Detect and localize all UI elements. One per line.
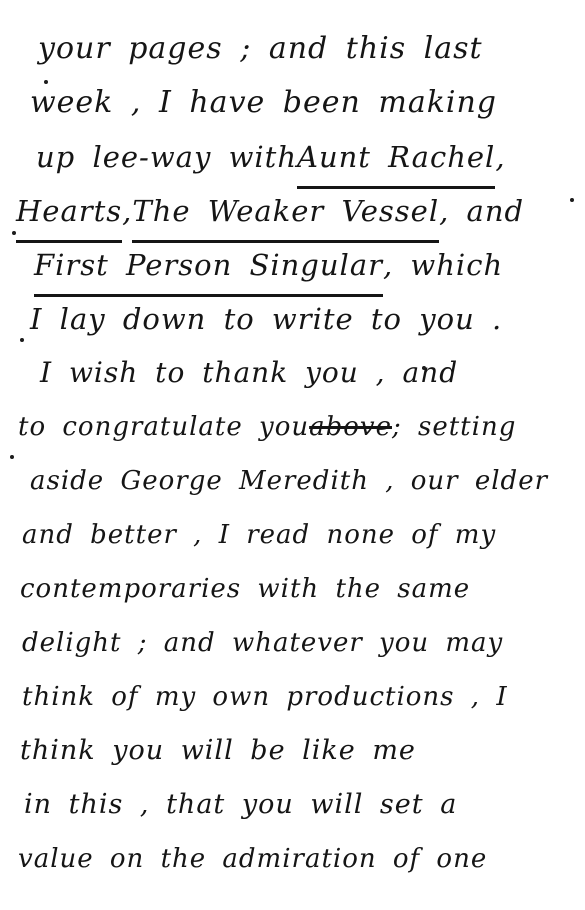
manuscript-line: your pages ; and this last: [38, 22, 585, 76]
manuscript-line: think of my own productions , I: [22, 670, 585, 724]
ink-speck: [570, 198, 574, 202]
handwritten-text: , which: [383, 238, 503, 292]
ink-speck: [422, 366, 426, 370]
handwritten-text: delight ; and whatever you may: [22, 616, 503, 670]
handwritten-text: I lay down to write to you .: [30, 292, 502, 346]
manuscript-line: and better , I read none of my: [22, 508, 585, 562]
manuscript-line: First Person Singular , which: [34, 238, 585, 292]
manuscript-line: I lay down to write to you .: [30, 292, 585, 346]
ink-speck: [20, 338, 24, 342]
handwritten-text: week , I have been making: [30, 76, 497, 130]
handwritten-text: think you will be like me: [20, 724, 416, 778]
handwritten-text: ,: [495, 130, 505, 184]
underlined-title: Hearts: [16, 184, 122, 243]
manuscript-text: your pages ; and this lastweek , I have …: [0, 22, 585, 886]
manuscript-line: Hearts , The Weaker Vessel , and: [16, 184, 585, 238]
ink-speck: [12, 231, 16, 235]
manuscript-line: in this , that you will set a: [24, 778, 585, 832]
handwritten-text: , and: [439, 184, 524, 238]
manuscript-line: aside George Meredith , our elder: [30, 454, 585, 508]
manuscript-line: up lee-way with Aunt Rachel ,: [36, 130, 585, 184]
manuscript-line: delight ; and whatever you may: [22, 616, 585, 670]
manuscript-line: think you will be like me: [20, 724, 585, 778]
handwritten-text: in this , that you will set a: [24, 778, 457, 832]
handwritten-text: value on the admiration of one: [18, 832, 487, 886]
handwritten-text: up lee-way with: [36, 130, 297, 184]
manuscript-line: I wish to thank you , and: [40, 346, 585, 400]
ink-speck: [10, 455, 14, 459]
underlined-title: Aunt Rachel: [297, 130, 495, 189]
handwritten-text: your pages ; and this last: [38, 22, 483, 76]
manuscript-line: week , I have been making: [30, 76, 585, 130]
handwritten-text: think of my own productions , I: [22, 670, 508, 724]
underlined-title: First Person Singular: [34, 238, 383, 297]
handwritten-text: ,: [122, 184, 132, 238]
underlined-title: The Weaker Vessel: [132, 184, 439, 243]
handwritten-text: to congratulate you: [18, 400, 309, 454]
handwritten-text: aside George Meredith , our elder: [30, 454, 548, 508]
manuscript-page: your pages ; and this lastweek , I have …: [0, 0, 585, 910]
handwritten-text: I wish to thank you , and: [40, 346, 458, 400]
manuscript-line: contemporaries with the same: [20, 562, 585, 616]
manuscript-line: to congratulate you above ; setting: [18, 400, 585, 454]
ink-speck: [44, 80, 48, 84]
handwritten-text: ; setting: [392, 400, 516, 454]
handwritten-text: and better , I read none of my: [22, 508, 496, 562]
manuscript-line: value on the admiration of one: [18, 832, 585, 886]
handwritten-text: contemporaries with the same: [20, 562, 470, 616]
struck-out-word: above: [309, 400, 392, 454]
